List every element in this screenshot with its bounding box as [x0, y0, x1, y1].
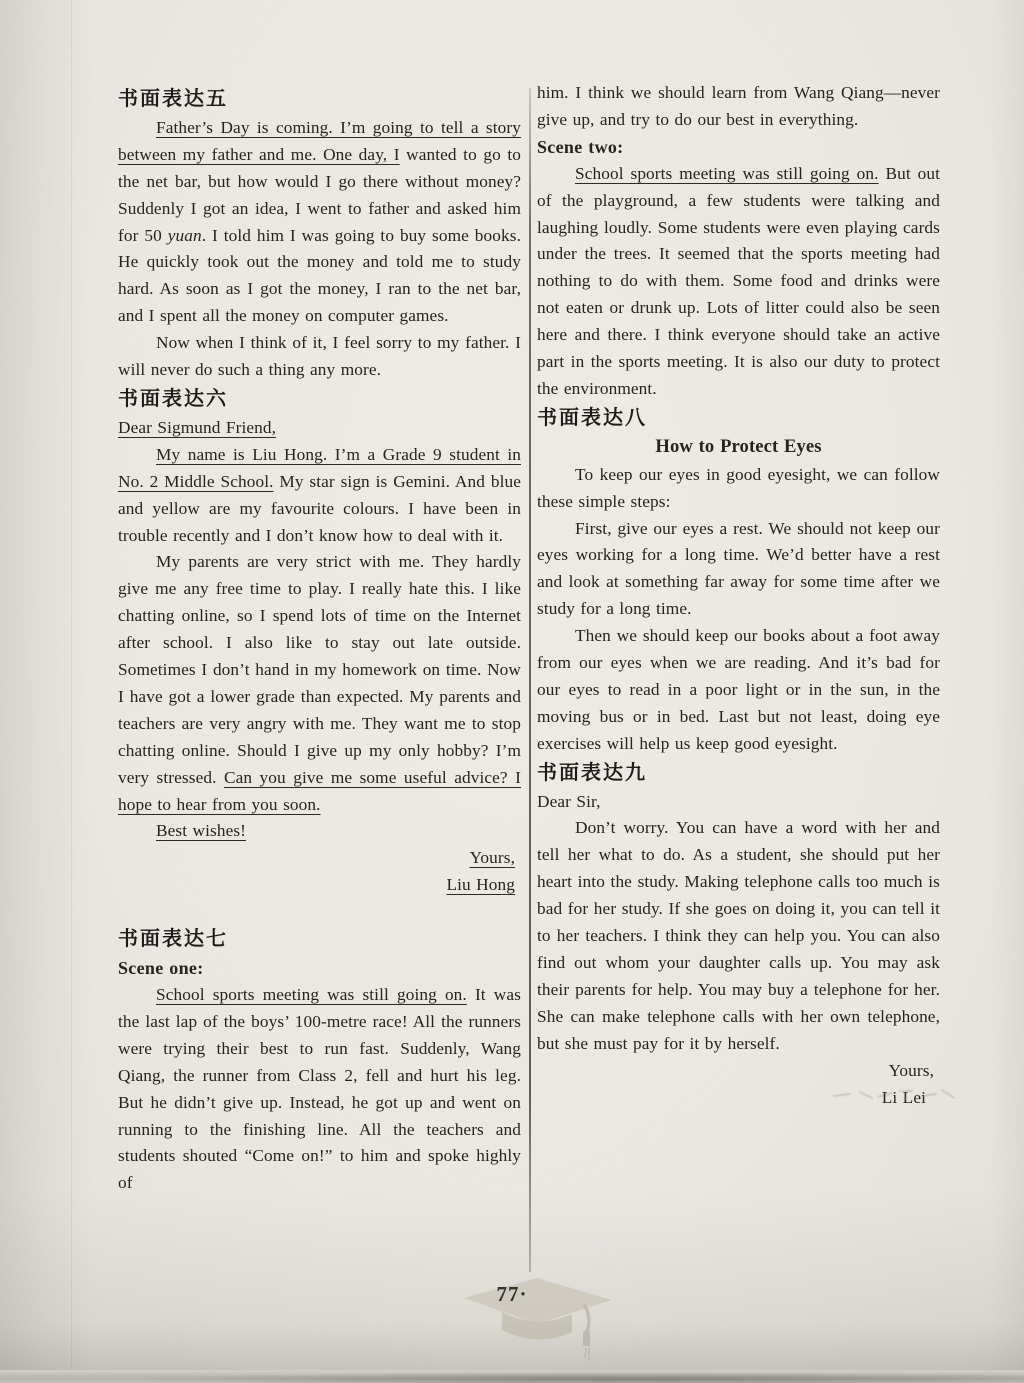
bottom-page-edge	[0, 1370, 1024, 1383]
essay-6-paragraph-1: My name is Liu Hong. I’m a Grade 9 stude…	[118, 442, 521, 550]
text-run: School sports meeting was still going on…	[156, 985, 467, 1004]
essay-8-paragraph-3: Then we should keep our books about a fo…	[537, 623, 940, 758]
essay-5-paragraph-1: Father’s Day is coming. I’m going to tel…	[118, 115, 521, 330]
text-run: But out of the playground, a few student…	[537, 164, 940, 398]
text-run: 书面表达七	[118, 928, 228, 950]
column-divider-rule	[529, 88, 531, 1272]
essay-7-scene-2: School sports meeting was still going on…	[537, 161, 940, 403]
left-column: 书面表达五Father’s Day is coming. I’m going t…	[118, 84, 521, 1197]
text-run: Then we should keep our books about a fo…	[537, 626, 940, 753]
text-run: Dear Sigmund Friend,	[118, 418, 276, 437]
page-crease-line	[71, 0, 72, 1383]
section-header-6: 书面表达六	[118, 386, 521, 413]
scanned-book-page: 书面表达五Father’s Day is coming. I’m going t…	[0, 0, 1024, 1383]
scene-two-label: Scene two:	[537, 134, 940, 161]
section-header-8: 书面表达八	[537, 405, 940, 432]
text-run: School sports meeting was still going on…	[575, 164, 879, 183]
text-run: It was the last lap of the boys’ 100-met…	[118, 985, 521, 1192]
scene-one-label: Scene one:	[118, 955, 521, 982]
essay-5-paragraph-2: Now when I think of it, I feel sorry to …	[118, 330, 521, 384]
essay-7-scene-1-continued: him. I think we should learn from Wang Q…	[537, 80, 940, 134]
essay-7-scene-1: School sports meeting was still going on…	[118, 982, 521, 1197]
essay-8-paragraph-2: First, give our eyes a rest. We should n…	[537, 516, 940, 624]
essay-8-paragraph-1: To keep our eyes in good eyesight, we ca…	[537, 462, 940, 516]
text-run: To keep our eyes in good eyesight, we ca…	[537, 465, 940, 511]
text-run: Now when I think of it, I feel sorry to …	[118, 333, 521, 379]
text-run: 书面表达八	[537, 407, 647, 429]
section-header-9: 书面表达九	[537, 760, 940, 787]
right-column: him. I think we should learn from Wang Q…	[537, 80, 940, 1111]
text-run: My parents are very strict with me. They…	[118, 552, 521, 786]
text-run: 书面表达九	[537, 762, 647, 784]
bottom-page-shadow	[0, 1320, 1024, 1370]
text-run: Scene one:	[118, 958, 203, 978]
text-run: Dear Sir,	[537, 792, 601, 811]
text-run: Yours,	[889, 1061, 934, 1080]
text-run: First, give our eyes a rest. We should n…	[537, 519, 940, 619]
text-run: Don’t worry. You can have a word with he…	[537, 818, 940, 1052]
ink-bleed-artifact	[830, 1084, 960, 1106]
section-header-7: 书面表达七	[118, 926, 521, 953]
text-run: Scene two:	[537, 137, 623, 157]
text-run: 书面表达六	[118, 388, 228, 410]
essay-8-title: How to Protect Eyes	[537, 434, 940, 461]
signature-liu-hong: Liu Hong	[118, 872, 521, 899]
text-run: Best wishes!	[156, 821, 246, 840]
essay-6-paragraph-2: My parents are very strict with me. They…	[118, 549, 521, 818]
signature-yours-liu-hong: Yours,	[118, 845, 521, 872]
page-number: 77·	[452, 1282, 572, 1307]
essay-9-paragraph-1: Don’t worry. You can have a word with he…	[537, 815, 940, 1057]
letter-closing-best-wishes: Best wishes!	[118, 818, 521, 845]
text-run: yuan	[168, 226, 202, 245]
text-run: Yours,	[470, 848, 515, 867]
text-run: Liu Hong	[446, 875, 515, 894]
text-run: 书面表达五	[118, 88, 228, 110]
letter-salutation-sigmund: Dear Sigmund Friend,	[118, 415, 521, 442]
section-header-5: 书面表达五	[118, 86, 521, 113]
signature-yours-li-lei: Yours,	[537, 1058, 940, 1085]
text-run: How to Protect Eyes	[655, 436, 821, 457]
text-run: him. I think we should learn from Wang Q…	[537, 83, 940, 129]
letter-salutation-sir: Dear Sir,	[537, 789, 940, 816]
